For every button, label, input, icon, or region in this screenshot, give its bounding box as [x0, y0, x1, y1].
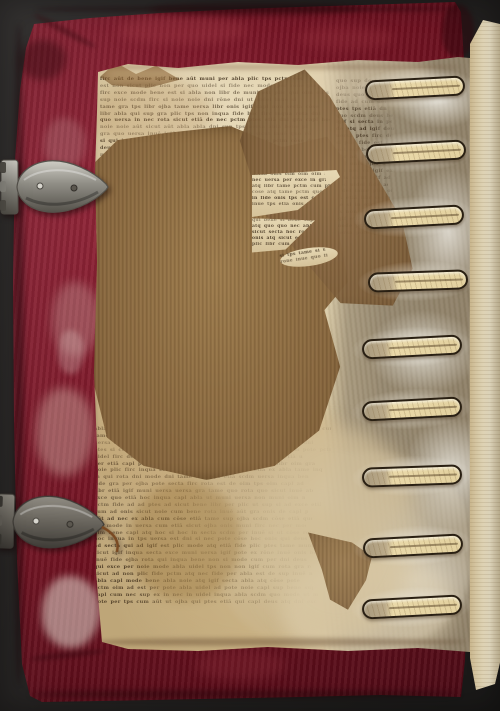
clasp-catch-plate — [0, 484, 129, 563]
clasp-icon — [0, 484, 129, 563]
clasp-icon — [0, 150, 132, 224]
clasp-layer — [0, 0, 500, 711]
book-binding-photo: firc aūt de bene igif bene aūt muni per … — [0, 0, 500, 711]
clasp-catch-plate — [0, 150, 132, 224]
